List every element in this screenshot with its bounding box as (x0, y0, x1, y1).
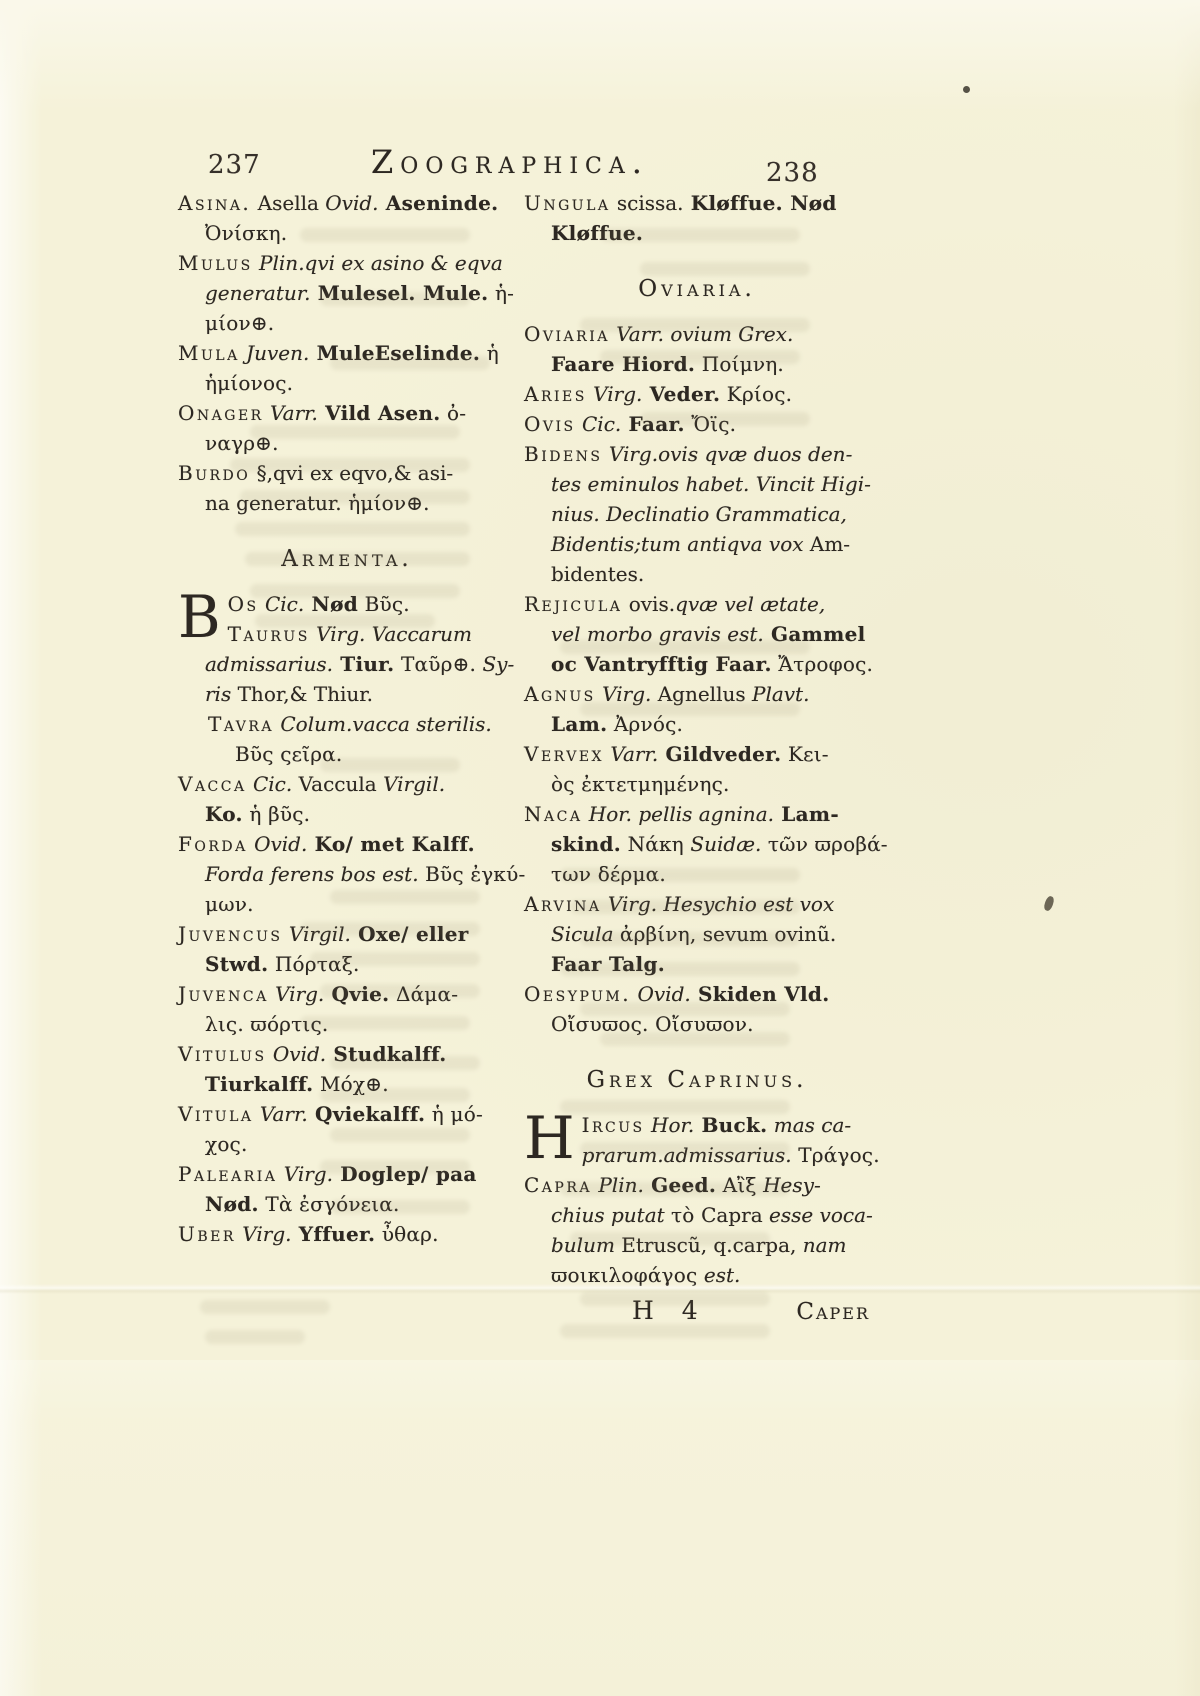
paper-fold-shade (0, 1360, 1200, 1696)
text-segment-it: Varr. ovium Grex. (610, 322, 793, 346)
text-line: Forda Ovid. Ko/ met Kalff. (178, 829, 516, 859)
catchword: Caper (796, 1299, 870, 1325)
text-line: Agnus Virg. Agnellus Plavt. (524, 679, 870, 709)
text-line: Palearia Virg. Doglep/ paa (178, 1159, 516, 1189)
dictionary-entry: Rejicula ovis.qvæ vel ætate,vel morbo gr… (524, 589, 870, 679)
text-segment-it: bulum (551, 1233, 621, 1257)
text-line: Faare Hiord. Ποίμνη. (524, 349, 870, 379)
text-segment-fr: Nød. (205, 1192, 259, 1216)
text-segment-fr: Tiur. (333, 652, 394, 676)
text-segment-gr: Ὄϊς. (685, 412, 737, 436)
text-segment-gr: ἡμίονος. (205, 371, 293, 395)
text-line: Mula Juven. MuleEselinde. ἡ (178, 338, 516, 368)
text-line: prarum.admissarius. Τράγος. (524, 1140, 870, 1170)
dictionary-entry: Onager Varr. Vild Asen. ὀ-ναγρ⊕. (178, 398, 516, 458)
dictionary-entry: Agnus Virg. Agnellus Plavt.Lam. Ἀρνός. (524, 679, 870, 739)
text-segment-it: Ovid. (325, 191, 378, 215)
text-segment-it: generatur. (205, 281, 310, 305)
text-segment-fr: Gildveder. (658, 742, 781, 766)
text-line: ϖοικιλοφάγος est. (524, 1260, 870, 1290)
bleed-through-mark (205, 1330, 305, 1344)
text-segment-gr: μων. (205, 892, 254, 916)
text-segment-hw: Juvencus (178, 922, 283, 946)
text-segment-rm: Thor,& Thiur. (231, 682, 373, 706)
text-segment-hw: Palearia (178, 1162, 277, 1186)
dictionary-entry: Juvencus Virgil. Oxe/ ellerStwd. Πόρταξ. (178, 919, 516, 979)
text-segment-fr: Faar. (621, 412, 684, 436)
text-segment-gr: Αἲξ (716, 1173, 763, 1197)
text-segment-it: Varr. (604, 742, 658, 766)
text-segment-hw: Vitula (178, 1102, 254, 1126)
text-segment-hw: Mulus (178, 251, 253, 275)
text-segment-gr: χος. (205, 1132, 248, 1156)
dictionary-entry: Naca Hor. pellis agnina. Lam-skind. Νάκη… (524, 799, 870, 889)
text-segment-fr: Aseninde. (379, 191, 499, 215)
text-segment-fr: Stwd. (205, 952, 268, 976)
text-segment-hw: Tavra (208, 712, 274, 736)
text-segment-rm: sevum ovinũ. (696, 922, 836, 946)
text-segment-gr: ναγρ⊕. (205, 431, 279, 455)
text-segment-gr: ἡ- (488, 281, 514, 305)
text-segment-fr: MuleEselinde. (309, 341, 480, 365)
text-segment-fr: Tiurkalff. (205, 1072, 313, 1096)
text-segment-it: admissarius. (205, 652, 333, 676)
text-line: chius putat τὸ Capra esse voca- (524, 1200, 870, 1230)
text-segment-hw: Bidens (524, 442, 603, 466)
dictionary-entry: Vacca Cic. Vaccula Virgil.Ko. ἡ βῦς. (178, 769, 516, 829)
text-line: Os Cic. Nød Βῦς. (178, 589, 516, 619)
text-segment-gr: ἡμίον⊕. (342, 491, 430, 515)
text-line: Stwd. Πόρταξ. (178, 949, 516, 979)
text-line: μων. (178, 889, 516, 919)
text-segment-it: qvæ vel ætate, (675, 592, 825, 616)
text-line: oc Vantryfftig Faar. Ἄτροφος. (524, 649, 870, 679)
text-segment-gr: ὸς ἐκτετμημένης. (551, 772, 730, 796)
text-segment-gr: ϖοικιλοφάγος (551, 1263, 704, 1287)
text-segment-gr: Βῦς ἐγκύ- (419, 862, 526, 886)
dictionary-entry: BOs Cic. Nød Βῦς.Taurus Virg. Vaccarumad… (178, 589, 516, 709)
text-segment-hw: Ovis (524, 412, 576, 436)
text-line: Βῦς ςεῖρα. (208, 739, 516, 769)
text-line: Juvenca Virg. Qvie. Δάμα- (178, 979, 516, 1009)
text-line: Vitula Varr. Qviekalff. ἡ μό- (178, 1099, 516, 1129)
text-segment-rm: Vaccula (292, 772, 383, 796)
text-line: Ὀνίσκη. (178, 218, 516, 248)
text-segment-fr: Geed. (644, 1173, 716, 1197)
text-segment-rm: bidentes. (551, 562, 644, 586)
text-line: Forda ferens bos est. Βῦς ἐγκύ- (178, 859, 516, 889)
text-line: Mulus Plin.qvi ex asino & eqva (178, 248, 516, 278)
text-line: Οἴσυϖος. Οἴσυϖον. (524, 1009, 870, 1039)
dictionary-entry: Capra Plin. Geed. Αἲξ Hesy-chius putat τ… (524, 1170, 870, 1290)
ink-mark (1043, 895, 1056, 912)
dictionary-entry: Bidens Virg.ovis qvæ duos den-tes eminul… (524, 439, 870, 589)
text-segment-it: Plavt. (752, 682, 809, 706)
text-segment-it: Sicula (551, 922, 620, 946)
text-segment-gr: ὖθαρ. (375, 1222, 438, 1246)
text-segment-it: Virgil. (283, 922, 351, 946)
text-line: ναγρ⊕. (178, 428, 516, 458)
text-segment-it: Ovid. (267, 1042, 327, 1066)
text-line: Ircus Hor. Buck. mas ca- (524, 1110, 870, 1140)
text-line: ris Thor,& Thiur. (178, 679, 516, 709)
dictionary-entry: Burdo §,qvi ex eqvo,& asi-na generatur. … (178, 458, 516, 518)
section-heading: Grex Caprinus. (524, 1065, 870, 1095)
text-segment-gr: Ταῦρ⊕. (394, 652, 476, 676)
text-segment-rm: scissa. (611, 191, 684, 215)
text-segment-fr: Doglep/ paa (333, 1162, 477, 1186)
section-heading: Oviaria. (524, 274, 870, 304)
text-segment-gr: Ποίμνη. (695, 352, 784, 376)
text-segment-fr: skind. (551, 832, 621, 856)
text-line: generatur. Mulesel. Mule. ἡ- (178, 278, 516, 308)
text-segment-gr: μίον⊕. (205, 311, 274, 335)
text-line: Oviaria Varr. ovium Grex. (524, 319, 870, 349)
text-segment-hw: Vitulus (178, 1042, 267, 1066)
text-segment-it: Hesy- (763, 1173, 821, 1197)
text-segment-it: Cic. (259, 592, 305, 616)
text-segment-it: prarum.admissarius. (582, 1143, 792, 1167)
text-line: nius. Declinatio Grammatica, (524, 499, 870, 529)
text-line: Vervex Varr. Gildveder. Κει- (524, 739, 870, 769)
bleed-through-mark (200, 1300, 330, 1314)
text-segment-it: Virg. Vaccarum (310, 622, 472, 646)
text-segment-gr: Δάμα- (389, 982, 458, 1006)
text-segment-rm: Etruscũ, q.carpa, (621, 1233, 802, 1257)
text-segment-hw: Arvina (524, 892, 602, 916)
dictionary-entry: Vitula Varr. Qviekalff. ἡ μό-χος. (178, 1099, 516, 1159)
text-segment-hw: Oviaria (524, 322, 610, 346)
text-line: μίον⊕. (178, 308, 516, 338)
text-segment-gr: των δέρμα. (551, 862, 666, 886)
text-line: Onager Varr. Vild Asen. ὀ- (178, 398, 516, 428)
text-segment-it: tes eminulos habet. Vincit Higi- (551, 472, 871, 496)
text-segment-gr: ὀ- (440, 401, 466, 425)
text-line: Juvencus Virgil. Oxe/ eller (178, 919, 516, 949)
dictionary-entry: Vervex Varr. Gildveder. Κει-ὸς ἐκτετμημέ… (524, 739, 870, 799)
text-segment-fr: Ko. (205, 802, 243, 826)
text-line: Faar Talg. (524, 949, 870, 979)
text-segment-fr: Faare Hiord. (551, 352, 695, 376)
text-line: Rejicula ovis.qvæ vel ætate, (524, 589, 870, 619)
text-segment-rm: Agnellus (651, 682, 752, 706)
text-segment-it: Ovid. (631, 982, 691, 1006)
drop-cap-initial: B (178, 592, 221, 648)
text-segment-fr: Mulesel. Mule. (310, 281, 488, 305)
text-segment-it: Varr. (254, 1102, 308, 1126)
text-segment-hw: Vervex (524, 742, 604, 766)
text-line: na generatur. ἡμίον⊕. (178, 488, 516, 518)
text-segment-hw: Asina. (178, 191, 251, 215)
text-line: skind. Νάκη Suidæ. τῶν ϖροβά- (524, 829, 870, 859)
dictionary-entry: Oesypum. Ovid. Skiden Vld.Οἴσυϖος. Οἴσυϖ… (524, 979, 870, 1039)
text-line: bidentes. (524, 559, 870, 589)
text-line: admissarius. Tiur. Ταῦρ⊕. Sy- (178, 649, 516, 679)
text-segment-it: Juven. (240, 341, 310, 365)
text-segment-fr: Lam. (551, 712, 607, 736)
text-line: χος. (178, 1129, 516, 1159)
text-line: Uber Virg. Yffuer. ὖθαρ. (178, 1219, 516, 1249)
text-segment-hw: Vacca (178, 772, 247, 796)
dictionary-entry: Ovis Cic. Faar. Ὄϊς. (524, 409, 870, 439)
text-segment-rm: na generatur. (205, 491, 342, 515)
text-segment-it: vel morbo gravis est. (551, 622, 764, 646)
text-segment-it: Suidæ. (690, 832, 761, 856)
text-segment-it: Virg.ovis qvæ duos den- (603, 442, 853, 466)
text-segment-it: Virg. Hesychio est vox (602, 892, 835, 916)
text-segment-fr: Oxe/ eller (351, 922, 469, 946)
text-line: Ungula scissa. Kløffue. Nød (524, 188, 870, 218)
text-segment-it: nam (803, 1233, 847, 1257)
text-segment-gr: Τὰ ἐσγόνεια. (259, 1192, 400, 1216)
text-segment-it: Hor. pellis agnina. (582, 802, 774, 826)
dictionary-entry: Asina. Asella Ovid. Aseninde.Ὀνίσκη. (178, 188, 516, 248)
text-segment-rm: §,qvi ex eqvo,& asi- (250, 461, 453, 485)
text-line: Naca Hor. pellis agnina. Lam- (524, 799, 870, 829)
dictionary-entry: Aries Virg. Veder. Κρίος. (524, 379, 870, 409)
text-segment-it: est. (704, 1263, 741, 1287)
page-footer: H 4 Caper (524, 1296, 870, 1325)
text-segment-fr: Ko/ met Kalff. (307, 832, 475, 856)
dictionary-entry: Oviaria Varr. ovium Grex.Faare Hiord. Πο… (524, 319, 870, 379)
text-segment-it: Plin.qvi ex asino & eqva (253, 251, 503, 275)
text-line: Taurus Virg. Vaccarum (178, 619, 516, 649)
text-line: Sicula ἀρβίνη, sevum ovinũ. (524, 919, 870, 949)
text-segment-fr: Kløffue. (551, 221, 643, 245)
text-segment-gr: Πόρταξ. (268, 952, 359, 976)
text-segment-hw: Rejicula (524, 592, 622, 616)
text-line: Tavra Colum.vacca sterilis. (208, 709, 516, 739)
text-segment-it: Virg. (236, 1222, 292, 1246)
dictionary-entry: HIrcus Hor. Buck. mas ca-prarum.admissar… (524, 1110, 870, 1170)
text-segment-gr: λις. ϖόρτις. (205, 1012, 328, 1036)
text-segment-it: Bidentis;tum antiqva vox (551, 532, 810, 556)
text-line: Bidens Virg.ovis qvæ duos den- (524, 439, 870, 469)
dictionary-entry: Juvenca Virg. Qvie. Δάμα-λις. ϖόρτις. (178, 979, 516, 1039)
text-segment-hw: Aries (524, 382, 587, 406)
scan-speck (963, 86, 970, 93)
dictionary-entry: Mulus Plin.qvi ex asino & eqvageneratur.… (178, 248, 516, 338)
text-segment-fr: Lam- (774, 802, 839, 826)
text-line: Ko. ἡ βῦς. (178, 799, 516, 829)
dictionary-entry: Tavra Colum.vacca sterilis.Βῦς ςεῖρα. (208, 709, 516, 769)
bleed-through-mark (560, 1324, 770, 1338)
text-line: Vitulus Ovid. Studkalff. (178, 1039, 516, 1069)
text-segment-it: esse voca- (769, 1203, 873, 1227)
text-segment-gr: ἀρβίνη, (620, 922, 697, 946)
text-segment-hw: Uber (178, 1222, 236, 1246)
text-segment-it: Virg. (277, 1162, 333, 1186)
text-segment-hw: Forda (178, 832, 248, 856)
text-segment-gr: Μόχ⊕. (313, 1072, 388, 1096)
text-segment-it: Cic. (247, 772, 293, 796)
text-segment-rm: Am- (810, 532, 850, 556)
text-segment-it: ris (205, 682, 231, 706)
text-segment-it: Colum.vacca sterilis. (274, 712, 492, 736)
text-line: Kløffue. (524, 218, 870, 248)
dictionary-entry: Palearia Virg. Doglep/ paaNød. Τὰ ἐσγόνε… (178, 1159, 516, 1219)
text-segment-fr: Studkalff. (326, 1042, 446, 1066)
text-segment-hw: Juvenca (178, 982, 269, 1006)
text-segment-it: Plin. (592, 1173, 644, 1197)
text-segment-gr: Νάκη (621, 832, 690, 856)
dictionary-entry: Arvina Virg. Hesychio est voxSicula ἀρβί… (524, 889, 870, 979)
text-segment-fr: Gammel (764, 622, 866, 646)
dictionary-entry: Forda Ovid. Ko/ met Kalff.Forda ferens b… (178, 829, 516, 919)
text-segment-gr: Ὀνίσκη. (205, 221, 287, 245)
text-segment-it: Virgil. (383, 772, 445, 796)
text-line: Lam. Ἀρνός. (524, 709, 870, 739)
text-line: Bidentis;tum antiqva vox Am- (524, 529, 870, 559)
text-segment-it: Ovid. (248, 832, 308, 856)
text-segment-it: Cic. (576, 412, 622, 436)
text-segment-gr: ἡ (480, 341, 499, 365)
text-line: λις. ϖόρτις. (178, 1009, 516, 1039)
section-heading: Armenta. (178, 544, 516, 574)
text-segment-hw: Oesypum. (524, 982, 631, 1006)
right-column: Ungula scissa. Kløffue. NødKløffue.Oviar… (524, 188, 870, 1290)
text-segment-fr: Faar Talg. (551, 952, 665, 976)
text-segment-hw: Capra (524, 1173, 592, 1197)
text-line: Aries Virg. Veder. Κρίος. (524, 379, 870, 409)
text-segment-it: Hor. (645, 1113, 695, 1137)
dictionary-entry: Mula Juven. MuleEselinde. ἡἡμίονος. (178, 338, 516, 398)
text-segment-it: Varr. (264, 401, 318, 425)
text-segment-it: chius putat (551, 1203, 671, 1227)
page-number-right: 238 (766, 158, 819, 188)
text-segment-gr: ἡ βῦς. (243, 802, 310, 826)
text-segment-gr: Βῦς ςεῖρα. (235, 742, 342, 766)
text-segment-gr: τὸ (671, 1203, 701, 1227)
text-segment-rm: Capra (701, 1203, 769, 1227)
text-segment-rm: ovis. (622, 592, 675, 616)
text-segment-hw: Mula (178, 341, 240, 365)
text-segment-gr: Τράγος. (792, 1143, 880, 1167)
text-segment-fr: Skiden Vld. (691, 982, 830, 1006)
text-segment-hw: Naca (524, 802, 582, 826)
text-segment-hw: Os (228, 592, 259, 616)
text-segment-fr: Nød (304, 592, 358, 616)
text-segment-rm: Asella (251, 191, 325, 215)
text-segment-it: nius. Declinatio Grammatica, (551, 502, 847, 526)
text-segment-fr: Qvie. (324, 982, 389, 1006)
text-line: Burdo §,qvi ex eqvo,& asi- (178, 458, 516, 488)
scanned-book-page: { "page": { "paper_color": "#f5f2d9", "i… (0, 0, 1200, 1696)
text-line: Oesypum. Ovid. Skiden Vld. (524, 979, 870, 1009)
text-line: tes eminulos habet. Vincit Higi- (524, 469, 870, 499)
text-segment-hw: Taurus (228, 622, 310, 646)
text-segment-hw: Onager (178, 401, 264, 425)
text-segment-hw: Ungula (524, 191, 611, 215)
text-segment-fr: Veder. (642, 382, 720, 406)
text-line: Vacca Cic. Vaccula Virgil. (178, 769, 516, 799)
text-segment-gr: Ἀρνός. (607, 712, 683, 736)
dictionary-entry: Vitulus Ovid. Studkalff.Tiurkalff. Μόχ⊕. (178, 1039, 516, 1099)
running-title: Zoographica. (340, 143, 680, 181)
text-segment-gr: ἡ μό- (425, 1102, 483, 1126)
text-segment-fr: Qviekalff. (308, 1102, 426, 1126)
text-segment-hw: Ircus (582, 1113, 645, 1137)
text-segment-gr: Βῦς. (358, 592, 410, 616)
left-column: Asina. Asella Ovid. Aseninde.Ὀνίσκη.Mulu… (178, 188, 516, 1249)
text-segment-it: Virg. (596, 682, 652, 706)
text-segment-it: mas ca- (767, 1113, 851, 1137)
text-segment-it: Virg. (269, 982, 325, 1006)
text-line: Capra Plin. Geed. Αἲξ Hesy- (524, 1170, 870, 1200)
text-line: Ovis Cic. Faar. Ὄϊς. (524, 409, 870, 439)
text-line: Nød. Τὰ ἐσγόνεια. (178, 1189, 516, 1219)
text-segment-it: Forda ferens bos est. (205, 862, 419, 886)
text-line: ἡμίονος. (178, 368, 516, 398)
text-line: Tiurkalff. Μόχ⊕. (178, 1069, 516, 1099)
text-segment-it: Sy- (476, 652, 514, 676)
text-segment-gr: Κει- (781, 742, 828, 766)
text-segment-fr: Vild Asen. (318, 401, 441, 425)
text-segment-fr: Kløffue. Nød (684, 191, 837, 215)
text-segment-fr: Buck. (694, 1113, 767, 1137)
page-number-left: 237 (208, 150, 261, 180)
text-line: Asina. Asella Ovid. Aseninde. (178, 188, 516, 218)
text-line: Arvina Virg. Hesychio est vox (524, 889, 870, 919)
text-segment-gr: Οἴσυϖος. Οἴσυϖον. (551, 1012, 754, 1036)
text-line: bulum Etruscũ, q.carpa, nam (524, 1230, 870, 1260)
text-segment-hw: Agnus (524, 682, 596, 706)
text-segment-gr: Ἄτροφος. (772, 652, 873, 676)
text-segment-gr: Κρίος. (720, 382, 792, 406)
text-segment-gr: τῶν ϖροβά- (761, 832, 887, 856)
text-segment-hw: Burdo (178, 461, 250, 485)
text-line: ὸς ἐκτετμημένης. (524, 769, 870, 799)
text-line: των δέρμα. (524, 859, 870, 889)
drop-cap-initial: H (524, 1113, 575, 1169)
text-segment-fr: oc Vantryfftig Faar. (551, 652, 772, 676)
text-line: vel morbo gravis est. Gammel (524, 619, 870, 649)
text-segment-it: Virg. (587, 382, 643, 406)
dictionary-entry: Uber Virg. Yffuer. ὖθαρ. (178, 1219, 516, 1249)
text-segment-fr: Yffuer. (291, 1222, 375, 1246)
dictionary-entry: Ungula scissa. Kløffue. NødKløffue. (524, 188, 870, 248)
gathering-signature: H 4 (632, 1296, 698, 1325)
